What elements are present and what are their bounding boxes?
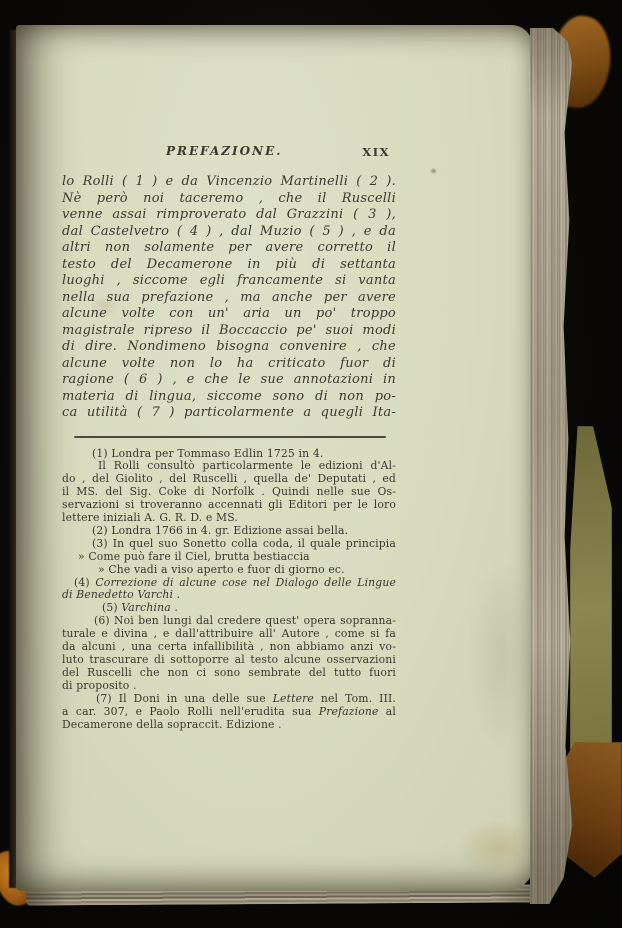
- book-page: PREFAZIONE. XIX lo Rolli ( 1 ) e da Vinc…: [16, 25, 533, 891]
- text-line: dal Castelvetro ( 4 ) , dal Muzio ( 5 ) …: [62, 224, 396, 241]
- text-line: di dire. Nondimeno bisogna convenire , c…: [62, 339, 396, 356]
- text-line: testo del Decamerone in più di settanta: [62, 257, 396, 274]
- text-line: ragione ( 6 ) , e che le sue annotazioni…: [62, 372, 396, 389]
- running-title: PREFAZIONE.: [166, 144, 282, 158]
- text-line: materia di lingua, siccome sono di non p…: [62, 389, 396, 406]
- text-line: luoghi , siccome egli francamente si van…: [62, 273, 396, 290]
- text-line: Nè però noi taceremo , che il Ruscelli: [62, 191, 396, 208]
- text-line: nella sua prefazione , ma anche per aver…: [62, 290, 396, 307]
- ink-fleck: [430, 168, 437, 174]
- printed-text-area: PREFAZIONE. XIX lo Rolli ( 1 ) e da Vinc…: [62, 144, 396, 731]
- text-line: lo Rolli ( 1 ) e da Vincenzio Martinelli…: [62, 174, 396, 191]
- back-cover-edge: [570, 426, 612, 756]
- text-line: alcune volte non lo ha criticato fuor di: [62, 356, 396, 373]
- main-text: lo Rolli ( 1 ) e da Vincenzio Martinelli…: [62, 174, 396, 422]
- text-line: alcune volte con un' aria un po' troppo: [62, 306, 396, 323]
- page-header: PREFAZIONE. XIX: [62, 144, 396, 160]
- footnote-separator: [74, 436, 386, 438]
- text-line: venne assai rimproverato dal Grazzini ( …: [62, 207, 396, 224]
- text-line: ca utilità ( 7 ) particolarmente a quegl…: [62, 405, 396, 422]
- photo-background: PREFAZIONE. XIX lo Rolli ( 1 ) e da Vinc…: [0, 0, 622, 928]
- paper-stain: [456, 820, 542, 876]
- footnote-line: Decamerone della sopraccit. Edizione .: [62, 719, 396, 732]
- text-line: altri non solamente per avere corretto i…: [62, 240, 396, 257]
- paper-stain: [466, 555, 536, 755]
- text-line: magistrale ripreso il Boccaccio pe' suoi…: [62, 323, 396, 340]
- footnotes: (1) Londra per Tommaso Edlin 1725 in 4.I…: [62, 448, 396, 732]
- page-number: XIX: [362, 145, 390, 159]
